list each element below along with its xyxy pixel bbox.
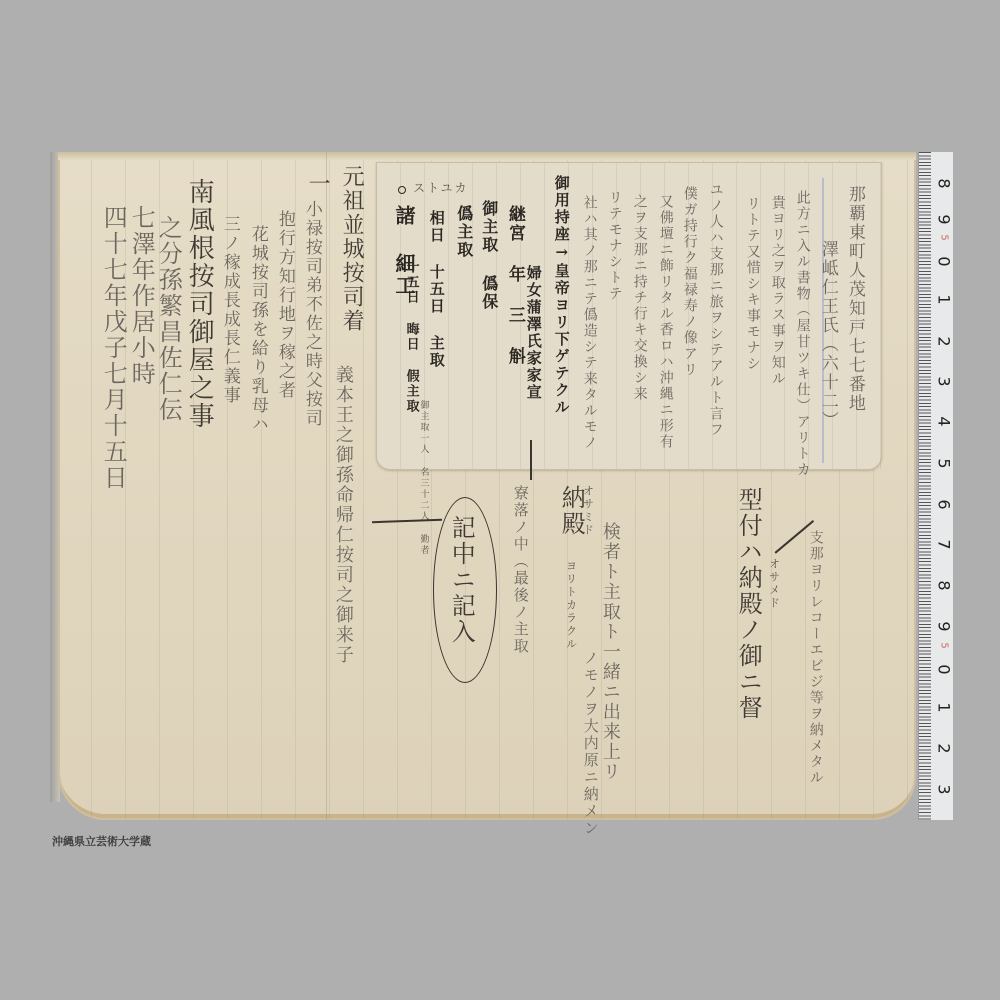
card-column-5: リトテ又惜シキ事モナシ [745,196,760,372]
lower-column-2: 型付ハ納殿ノ御ニ督 [735,487,760,721]
ruler-ticks [919,152,931,820]
page-top-edge [58,152,916,160]
connector-line [530,440,532,480]
left-column-8: 南風根按司御屋之事 [185,178,212,430]
card-column-14: 継宮 年 三 斛 [505,205,523,366]
lower-column-6: 納殿 [558,485,583,537]
ruler-label: 8 [935,577,954,595]
collection-caption: 沖縄県立芸術大学蔵 [52,833,151,849]
card-column-12: 御用持座→皇帝ヨリ下ゲテクル [553,175,569,416]
lower-column-4: 検者ト主取ト一緒ニ出来上リ [600,522,619,782]
ruler-label: 6 [935,496,954,514]
card-column-11: 社ハ其ノ那ニテ僞造シテ来タルモノ [582,195,597,451]
left-column-4: 抱行方知行地ヲ稼之者 [275,210,293,400]
ruler-label: 7 [935,536,954,554]
ruler-label: 4 [935,413,954,431]
ruler-label: 1 [935,699,954,717]
left-column-10: 七澤年作居小時 [128,205,153,387]
ruler-label: 9 [935,618,954,636]
ruler-label: 2 [935,740,954,758]
card-small-note: 御主取一人 名三十二人 勤者 [418,400,427,556]
ruler-label: 2 [935,333,954,351]
ruler-label: 1 [935,291,954,309]
lower-column-3: オサメド [768,558,780,610]
ruler-label-red: 5 [939,229,950,247]
card-column-10: リテモナシトテ [607,190,622,302]
card-column-9: 之ヲ支那ニ持チ行キ交換シ来 [632,194,647,402]
left-column-7: 義本王之御孫命帰仁按司之御来子 [333,365,352,665]
card-column-13: 婦女蒲澤氏家家宣 [525,265,541,401]
page-fold-line [326,152,327,820]
card-column-16: 僞主取 [455,205,472,259]
ruler-label: 3 [935,373,954,391]
lower-column-9: 寮落ノ中（最後ノ主取 [512,485,528,655]
card-arrow-note: ストユカ [413,182,469,195]
ruler-label: 5 [935,455,954,473]
ruler-label: 0 [935,253,954,271]
bullet-dot [398,186,406,194]
left-column-9: 之分孫繁昌佐仁伝 [155,215,180,423]
card-column-4: 貴ヨリ之ヲ取ラス事ヲ知ル [770,195,785,387]
card-column-15: 御主取 僞保 [480,200,497,311]
measuring-ruler: 8 9 5 0 1 2 3 4 5 6 7 8 9 5 0 1 2 3 [918,152,953,820]
ruler-label: 8 [935,175,954,193]
card-column-19: 十五日 晦日 假主取 [404,260,418,414]
left-column-1: 元祖並城按司着 [340,165,363,333]
ruler-label-red: 5 [939,637,950,655]
card-column-3: 此方ニ入ル書物（屋甘ツキ仕）アリトカ [795,190,810,478]
lower-column-8: ヨリトカラクル [565,560,577,651]
left-column-11: 四十七年戊子七月十五日 [100,205,125,491]
card-column-1: 那覇東町人茂知戸七七番地 [845,185,863,413]
circled-annotation [433,497,497,683]
ruler-label: 0 [935,661,954,679]
left-column-3: 小禄按司弟不佐之時父按司 [302,200,320,428]
card-column-7: 僕ガ持行ク福禄寿ノ像アリ [682,186,697,378]
lower-column-5: ノモノヲ大内原ニ納メン [582,650,598,837]
card-column-18: 相日 十五日 主取 [428,210,444,369]
lower-column-1: 支那ヨリレコーエビジ等ヲ納メタル [808,530,823,786]
left-column-5: 花城按司孫を給り乳母ハ [248,225,266,434]
left-column-2: 一 [306,172,329,196]
ruler-label: 3 [935,781,954,799]
lower-column-7: オサミド [582,485,594,537]
ruler-label: 9 [935,211,954,229]
card-column-6: ユノ人ハ支那ニ旅ヲシテアルト言フ [708,182,723,438]
left-column-6: 三ノ稼成長成長仁義事 [220,215,238,405]
card-column-2: 澤岻仁王氏（六十二） [818,240,836,430]
card-column-8: 又佛壇ニ飾リタル香ロハ沖縄ニ形有 [658,194,673,450]
